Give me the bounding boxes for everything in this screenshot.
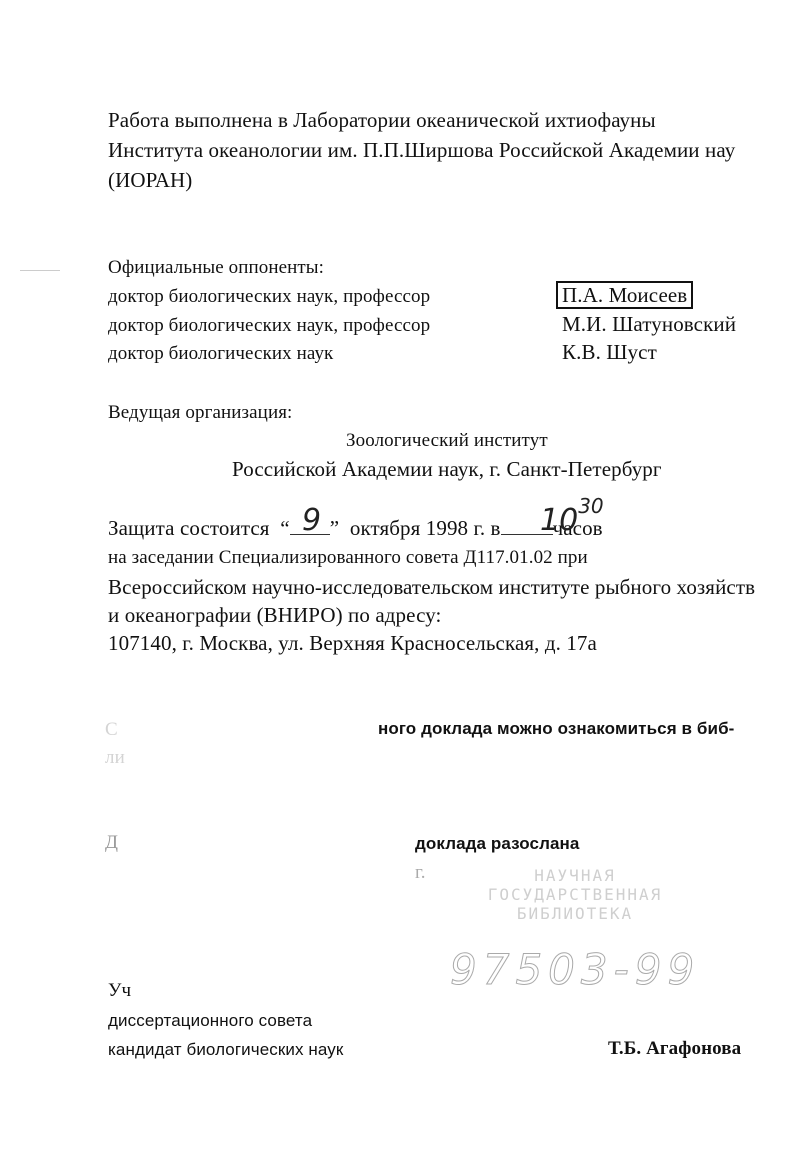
- header-line-2: Института океанологии им. П.П.Ширшова Ро…: [108, 138, 735, 163]
- opponent-name-2: М.И. Шатуновский: [562, 312, 736, 337]
- opponent-degree-1: доктор биологических наук, профессор: [108, 286, 430, 308]
- opponent-degree-2: доктор биологических наук, профессор: [108, 315, 430, 337]
- opponent-name-box: П.А. Моисеев: [556, 281, 693, 309]
- inventory-number: 97503-99: [450, 945, 700, 994]
- defense-line-5: 107140, г. Москва, ул. Верхняя Красносел…: [108, 631, 597, 656]
- defense-line-4: и океанографии (ВНИРО) по адресу:: [108, 603, 442, 628]
- defense-prefix: Защита состоится: [108, 516, 270, 540]
- defense-month-year: октября 1998 г. в: [350, 516, 501, 540]
- defense-line-2: на заседании Специализированного совета …: [108, 547, 588, 569]
- open-quote: “: [275, 516, 290, 540]
- handwritten-time: 1030: [540, 500, 604, 538]
- header-line-3: (ИОРАН): [108, 168, 192, 193]
- defense-line-1: Защита состоится “” октября 1998 г. вчас…: [108, 516, 603, 541]
- defense-line-3: Всероссийском научно-исследовательском и…: [108, 575, 755, 600]
- mailing-faded-line2: г.: [415, 862, 426, 884]
- leading-org-line-1: Зоологический институт: [346, 430, 548, 452]
- opponent-name-3: К.В. Шуст: [562, 340, 657, 365]
- secretary-line-2: диссертационного совета: [108, 1011, 312, 1031]
- opponent-name-1: П.А. Моисеев: [562, 283, 693, 308]
- handwritten-minute: 30: [578, 494, 603, 518]
- header-line-1: Работа выполнена в Лаборатории океаничес…: [108, 108, 656, 133]
- opponents-title: Официальные оппоненты:: [108, 257, 324, 279]
- stamp-line-3: БИБЛИОТЕКА: [475, 904, 675, 923]
- library-notice-text: ного доклада можно ознакомиться в биб-: [378, 719, 734, 739]
- stamp-line-2: ГОСУДАРСТВЕННАЯ: [475, 885, 675, 904]
- close-quote: ”: [330, 516, 345, 540]
- secretary-line-1: Уч: [108, 980, 131, 1002]
- stamp-line-1: НАУЧНАЯ: [475, 866, 675, 885]
- handwritten-hour: 10: [540, 503, 578, 538]
- secretary-name: Т.Б. Агафонова: [608, 1038, 741, 1060]
- leading-org-line-2: Российской Академии наук, г. Санкт-Петер…: [232, 457, 662, 482]
- library-faded-line2: ли: [105, 747, 125, 769]
- library-faded-start: С: [105, 719, 118, 741]
- secretary-line-3: кандидат биологических наук: [108, 1040, 343, 1060]
- leading-org-title: Ведущая организация:: [108, 402, 292, 424]
- mailing-faded-start: Д: [105, 832, 118, 854]
- mailing-notice-text: доклада разослана: [415, 834, 579, 854]
- margin-mark: [20, 270, 60, 271]
- library-stamp: НАУЧНАЯ ГОСУДАРСТВЕННАЯ БИБЛИОТЕКА: [475, 866, 675, 923]
- handwritten-day: 9: [302, 503, 321, 538]
- opponent-degree-3: доктор биологических наук: [108, 343, 333, 365]
